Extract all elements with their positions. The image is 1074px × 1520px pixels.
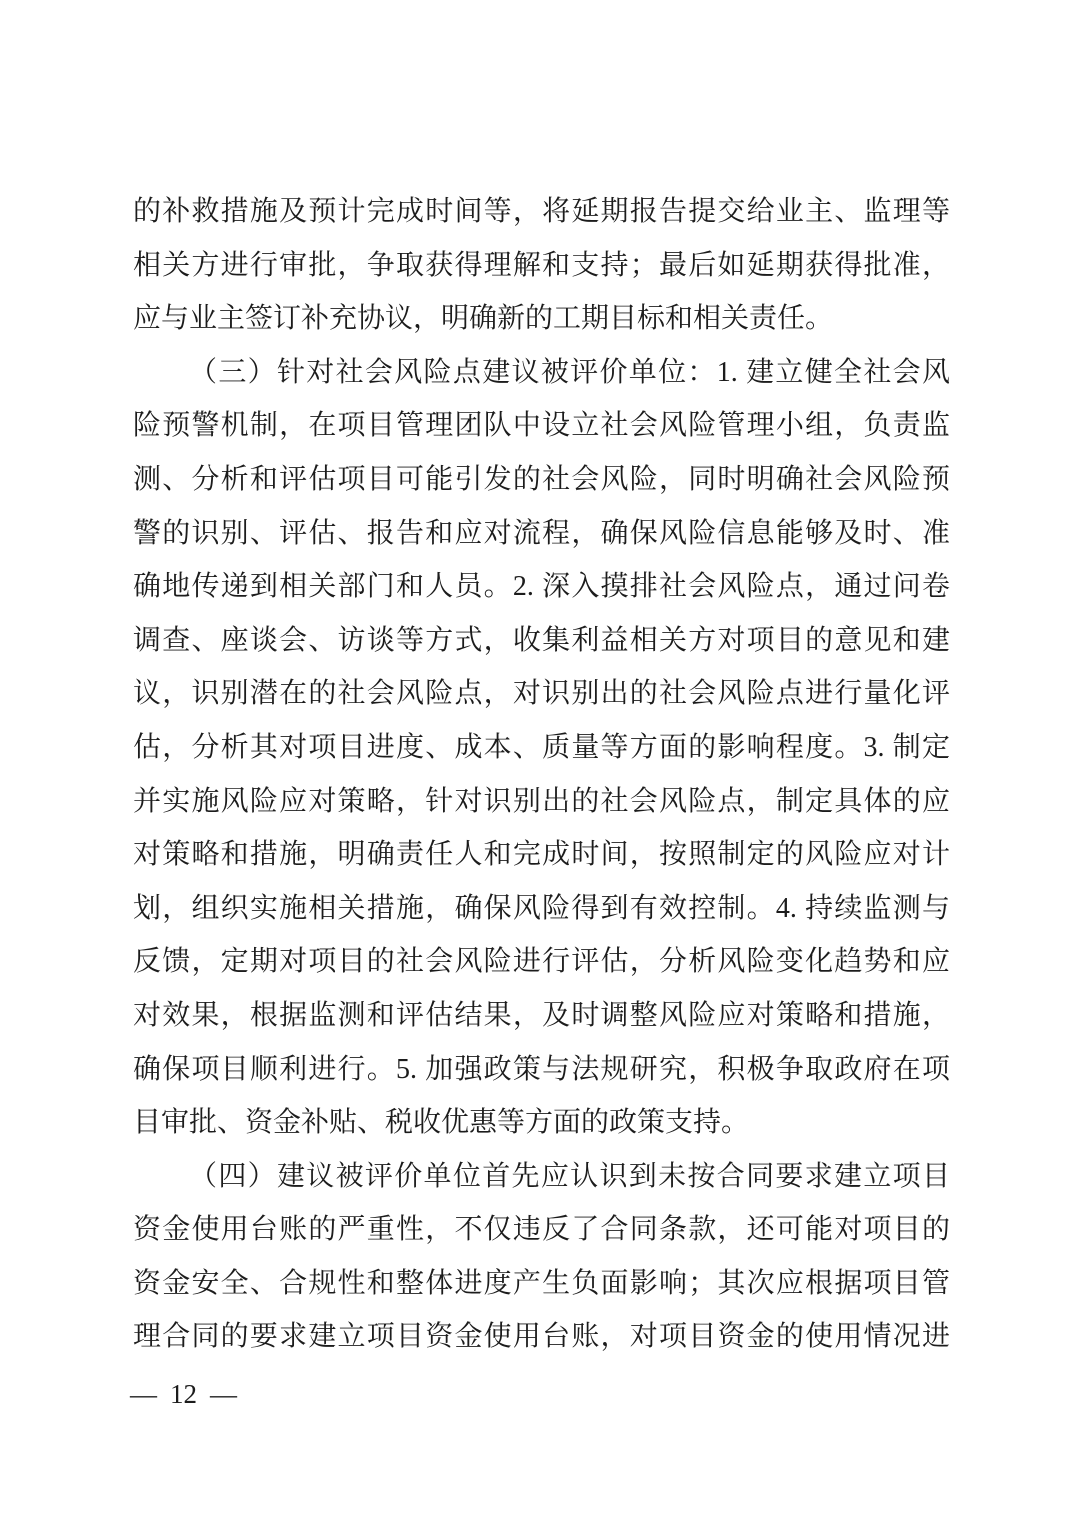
footer-left-dash: — — [130, 1379, 157, 1409]
text-line-16: 对效果，根据监测和评估结果，及时调整风险应对策略和措施， — [133, 989, 950, 1043]
text-line-4: （三）针对社会风险点建议被评价单位：1. 建立健全社会风 — [133, 346, 950, 400]
text-line-14: 划，组织实施相关措施，确保风险得到有效控制。4. 持续监测与 — [133, 882, 950, 936]
text-line-12: 并实施风险应对策略，针对识别出的社会风险点，制定具体的应 — [133, 775, 950, 829]
page-number: 12 — [170, 1379, 197, 1409]
page-footer: — 12 — — [130, 1379, 237, 1409]
text-line-9: 调查、座谈会、访谈等方式，收集利益相关方对项目的意见和建 — [133, 614, 950, 668]
text-line-6: 测、分析和评估项目可能引发的社会风险，同时明确社会风险预 — [133, 453, 950, 507]
text-line-7: 警的识别、评估、报告和应对流程，确保风险信息能够及时、准 — [133, 507, 950, 561]
text-line-1: 的补救措施及预计完成时间等，将延期报告提交给业主、监理等 — [133, 185, 950, 239]
text-line-19: （四）建议被评价单位首先应认识到未按合同要求建立项目 — [133, 1150, 950, 1204]
text-line-20: 资金使用台账的严重性，不仅违反了合同条款，还可能对项目的 — [133, 1203, 950, 1257]
footer-right-dash: — — [210, 1379, 237, 1409]
text-line-3: 应与业主签订补充协议，明确新的工期目标和相关责任。 — [133, 292, 950, 346]
document-text-block: 的补救措施及预计完成时间等，将延期报告提交给业主、监理等相关方进行审批，争取获得… — [133, 185, 950, 1364]
text-line-13: 对策略和措施，明确责任人和完成时间，按照制定的风险应对计 — [133, 828, 950, 882]
document-page: 的补救措施及预计完成时间等，将延期报告提交给业主、监理等相关方进行审批，争取获得… — [0, 0, 1074, 1520]
text-line-21: 资金安全、合规性和整体进度产生负面影响；其次应根据项目管 — [133, 1257, 950, 1311]
text-line-10: 议，识别潜在的社会风险点，对识别出的社会风险点进行量化评 — [133, 667, 950, 721]
text-line-5: 险预警机制，在项目管理团队中设立社会风险管理小组，负责监 — [133, 399, 950, 453]
text-line-17: 确保项目顺利进行。5. 加强政策与法规研究，积极争取政府在项 — [133, 1043, 950, 1097]
text-line-18: 目审批、资金补贴、税收优惠等方面的政策支持。 — [133, 1096, 950, 1150]
text-line-2: 相关方进行审批，争取获得理解和支持；最后如延期获得批准， — [133, 239, 950, 293]
text-line-11: 估，分析其对项目进度、成本、质量等方面的影响程度。3. 制定 — [133, 721, 950, 775]
text-line-8: 确地传递到相关部门和人员。2. 深入摸排社会风险点，通过问卷 — [133, 560, 950, 614]
text-line-15: 反馈，定期对项目的社会风险进行评估，分析风险变化趋势和应 — [133, 935, 950, 989]
text-line-22: 理合同的要求建立项目资金使用台账，对项目资金的使用情况进 — [133, 1310, 950, 1364]
